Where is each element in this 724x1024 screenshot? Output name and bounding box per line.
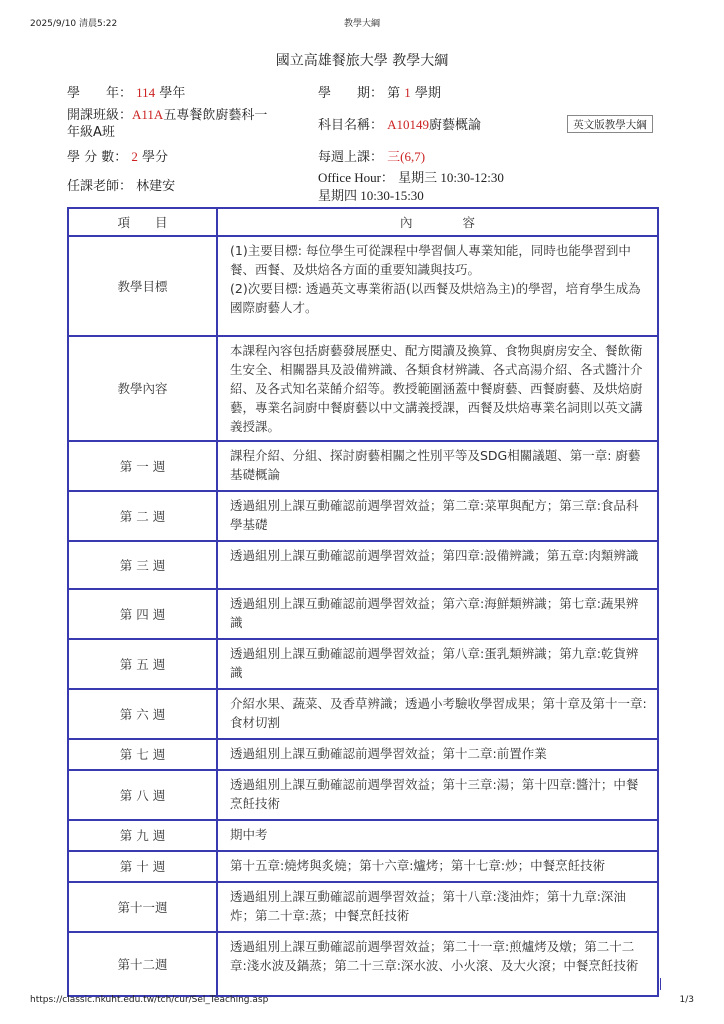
row-content: 本課程內容包括廚藝發展歷史、配方閱讀及換算、食物與廚房安全、餐飲衛生安全、相關器… — [217, 336, 658, 441]
class-label: 開課班級： — [67, 108, 132, 123]
class-code: A11A — [132, 107, 163, 122]
row-item: 教學目標 — [68, 236, 217, 336]
table-row: 教學目標(1)主要目標: 每位學生可從課程中學習個人專業知能，同時也能學習到中餐… — [68, 236, 658, 336]
office-hour-line2: 星期四 10:30-15:30 — [318, 188, 424, 203]
print-title: 教學大綱 — [0, 16, 724, 29]
weekly-schedule-field: 每週上課： 三(6,7) — [318, 148, 425, 166]
row-item: 第 一 週 — [68, 441, 217, 491]
semester-suffix: 學期 — [411, 86, 441, 101]
table-header-row: 項 目 內 容 — [68, 208, 658, 236]
academic-year-suffix: 學年 — [155, 86, 185, 101]
teacher-label: 任課老師： — [67, 179, 132, 194]
credits-label: 學 分 數： — [67, 150, 127, 165]
office-hour-field: Office Hour： 星期三 10:30-12:30 星期四 10:30-1… — [318, 169, 504, 205]
row-item: 第 八 週 — [68, 770, 217, 820]
table-row: 第 七 週透過組別上課互動確認前週學習效益；第十二章:前置作業 — [68, 739, 658, 770]
page-url: https://classic.nkuht.edu.tw/tch/cur/Sel… — [30, 995, 268, 1005]
academic-year-field: 學 年： 114 學年 — [67, 84, 185, 102]
course-code: A10149 — [387, 117, 429, 132]
row-content: 透過組別上課互動確認前週學習效益；第二章:菜單與配方；第三章:食品科學基礎 — [217, 491, 658, 541]
row-content: 透過組別上課互動確認前週學習效益；第四章:設備辨識；第五章:肉類辨識 — [217, 541, 658, 589]
class-name-line2: 年級A班 — [67, 125, 115, 140]
teacher-name: 林建安 — [136, 179, 175, 194]
office-hour-label: Office Hour： — [318, 170, 394, 185]
row-content: (1)主要目標: 每位學生可從課程中學習個人專業知能，同時也能學習到中餐、西餐、… — [217, 236, 658, 336]
credits-suffix: 學分 — [138, 150, 168, 165]
table-row: 第十一週透過組別上課互動確認前週學習效益；第十八章:淺油炸；第十九章:深油炸；第… — [68, 882, 658, 932]
semester-prefix: 第 — [387, 86, 404, 101]
office-hour-line1: 星期三 10:30-12:30 — [398, 170, 504, 185]
academic-year-label: 學 年： — [67, 86, 132, 101]
row-content: 透過組別上課互動確認前週學習效益；第六章:海鮮類辨識；第七章:蔬果辨識 — [217, 589, 658, 639]
row-item: 第 九 週 — [68, 820, 217, 851]
row-item: 教學內容 — [68, 336, 217, 441]
row-content: 介紹水果、蔬菜、及香草辨識；透過小考驗收學習成果；第十章及第十一章:食材切割 — [217, 689, 658, 739]
semester-label: 學 期： — [318, 86, 383, 101]
weekly-value: 三(6,7) — [387, 149, 425, 164]
row-content: 透過組別上課互動確認前週學習效益；第十二章:前置作業 — [217, 739, 658, 770]
table-row: 第 四 週透過組別上課互動確認前週學習效益；第六章:海鮮類辨識；第七章:蔬果辨識 — [68, 589, 658, 639]
row-item: 第 五 週 — [68, 639, 217, 689]
row-item: 第 三 週 — [68, 541, 217, 589]
row-item: 第 二 週 — [68, 491, 217, 541]
header-content: 內 容 — [217, 208, 658, 236]
row-content: 期中考 — [217, 820, 658, 851]
table-row: 第 二 週透過組別上課互動確認前週學習效益；第二章:菜單與配方；第三章:食品科學… — [68, 491, 658, 541]
table-row: 第 五 週透過組別上課互動確認前週學習效益；第八章:蛋乳類辨識；第九章:乾貨辨識 — [68, 639, 658, 689]
row-content: 透過組別上課互動確認前週學習效益；第十三章:湯；第十四章:醬汁；中餐烹飪技術 — [217, 770, 658, 820]
syllabus-table: 項 目 內 容 教學目標(1)主要目標: 每位學生可從課程中學習個人專業知能，同… — [67, 207, 659, 997]
row-item: 第 七 週 — [68, 739, 217, 770]
header-item: 項 目 — [68, 208, 217, 236]
table-row: 第 一 週課程介紹、分組、探討廚藝相關之性別平等及SDG相關議題、第一章: 廚藝… — [68, 441, 658, 491]
course-label: 科目名稱： — [318, 118, 383, 133]
table-row: 第 九 週期中考 — [68, 820, 658, 851]
row-content: 第十五章:燒烤與炙燒；第十六章:爐烤；第十七章:炒；中餐烹飪技術 — [217, 851, 658, 882]
row-item: 第 四 週 — [68, 589, 217, 639]
page-title: 國立高雄餐旅大學 教學大綱 — [0, 50, 724, 70]
row-item: 第十一週 — [68, 882, 217, 932]
row-content: 透過組別上課互動確認前週學習效益；第十八章:淺油炸；第十九章:深油炸；第二十章:… — [217, 882, 658, 932]
table-row: 教學內容本課程內容包括廚藝發展歷史、配方閱讀及換算、食物與廚房安全、餐飲衛生安全… — [68, 336, 658, 441]
table-row: 第 三 週透過組別上課互動確認前週學習效益；第四章:設備辨識；第五章:肉類辨識 — [68, 541, 658, 589]
teacher-field: 任課老師： 林建安 — [67, 178, 175, 195]
course-name: 廚藝概論 — [429, 118, 481, 133]
academic-year-value: 114 — [136, 85, 155, 100]
class-name: 五專餐飲廚藝科一 — [163, 108, 267, 123]
credits-field: 學 分 數： 2 學分 — [67, 148, 168, 166]
semester-field: 學 期： 第 1 學期 — [318, 84, 441, 102]
row-content: 課程介紹、分組、探討廚藝相關之性別平等及SDG相關議題、第一章: 廚藝基礎概論 — [217, 441, 658, 491]
table-row: 第 十 週第十五章:燒烤與炙燒；第十六章:爐烤；第十七章:炒；中餐烹飪技術 — [68, 851, 658, 882]
course-field: 科目名稱： A10149廚藝概論 — [318, 116, 481, 134]
row-item: 第 十 週 — [68, 851, 217, 882]
weekly-label: 每週上課： — [318, 150, 383, 165]
row-item: 第 六 週 — [68, 689, 217, 739]
table-row: 第 八 週透過組別上課互動確認前週學習效益；第十三章:湯；第十四章:醬汁；中餐烹… — [68, 770, 658, 820]
table-row: 第 六 週介紹水果、蔬菜、及香草辨識；透過小考驗收學習成果；第十章及第十一章:食… — [68, 689, 658, 739]
english-syllabus-button[interactable]: 英文版教學大綱 — [567, 115, 653, 133]
page-number: 1/3 — [680, 995, 694, 1005]
table-continuation — [67, 978, 661, 990]
class-field: 開課班級：A11A五專餐飲廚藝科一 年級A班 — [67, 106, 307, 141]
row-content: 透過組別上課互動確認前週學習效益；第八章:蛋乳類辨識；第九章:乾貨辨識 — [217, 639, 658, 689]
